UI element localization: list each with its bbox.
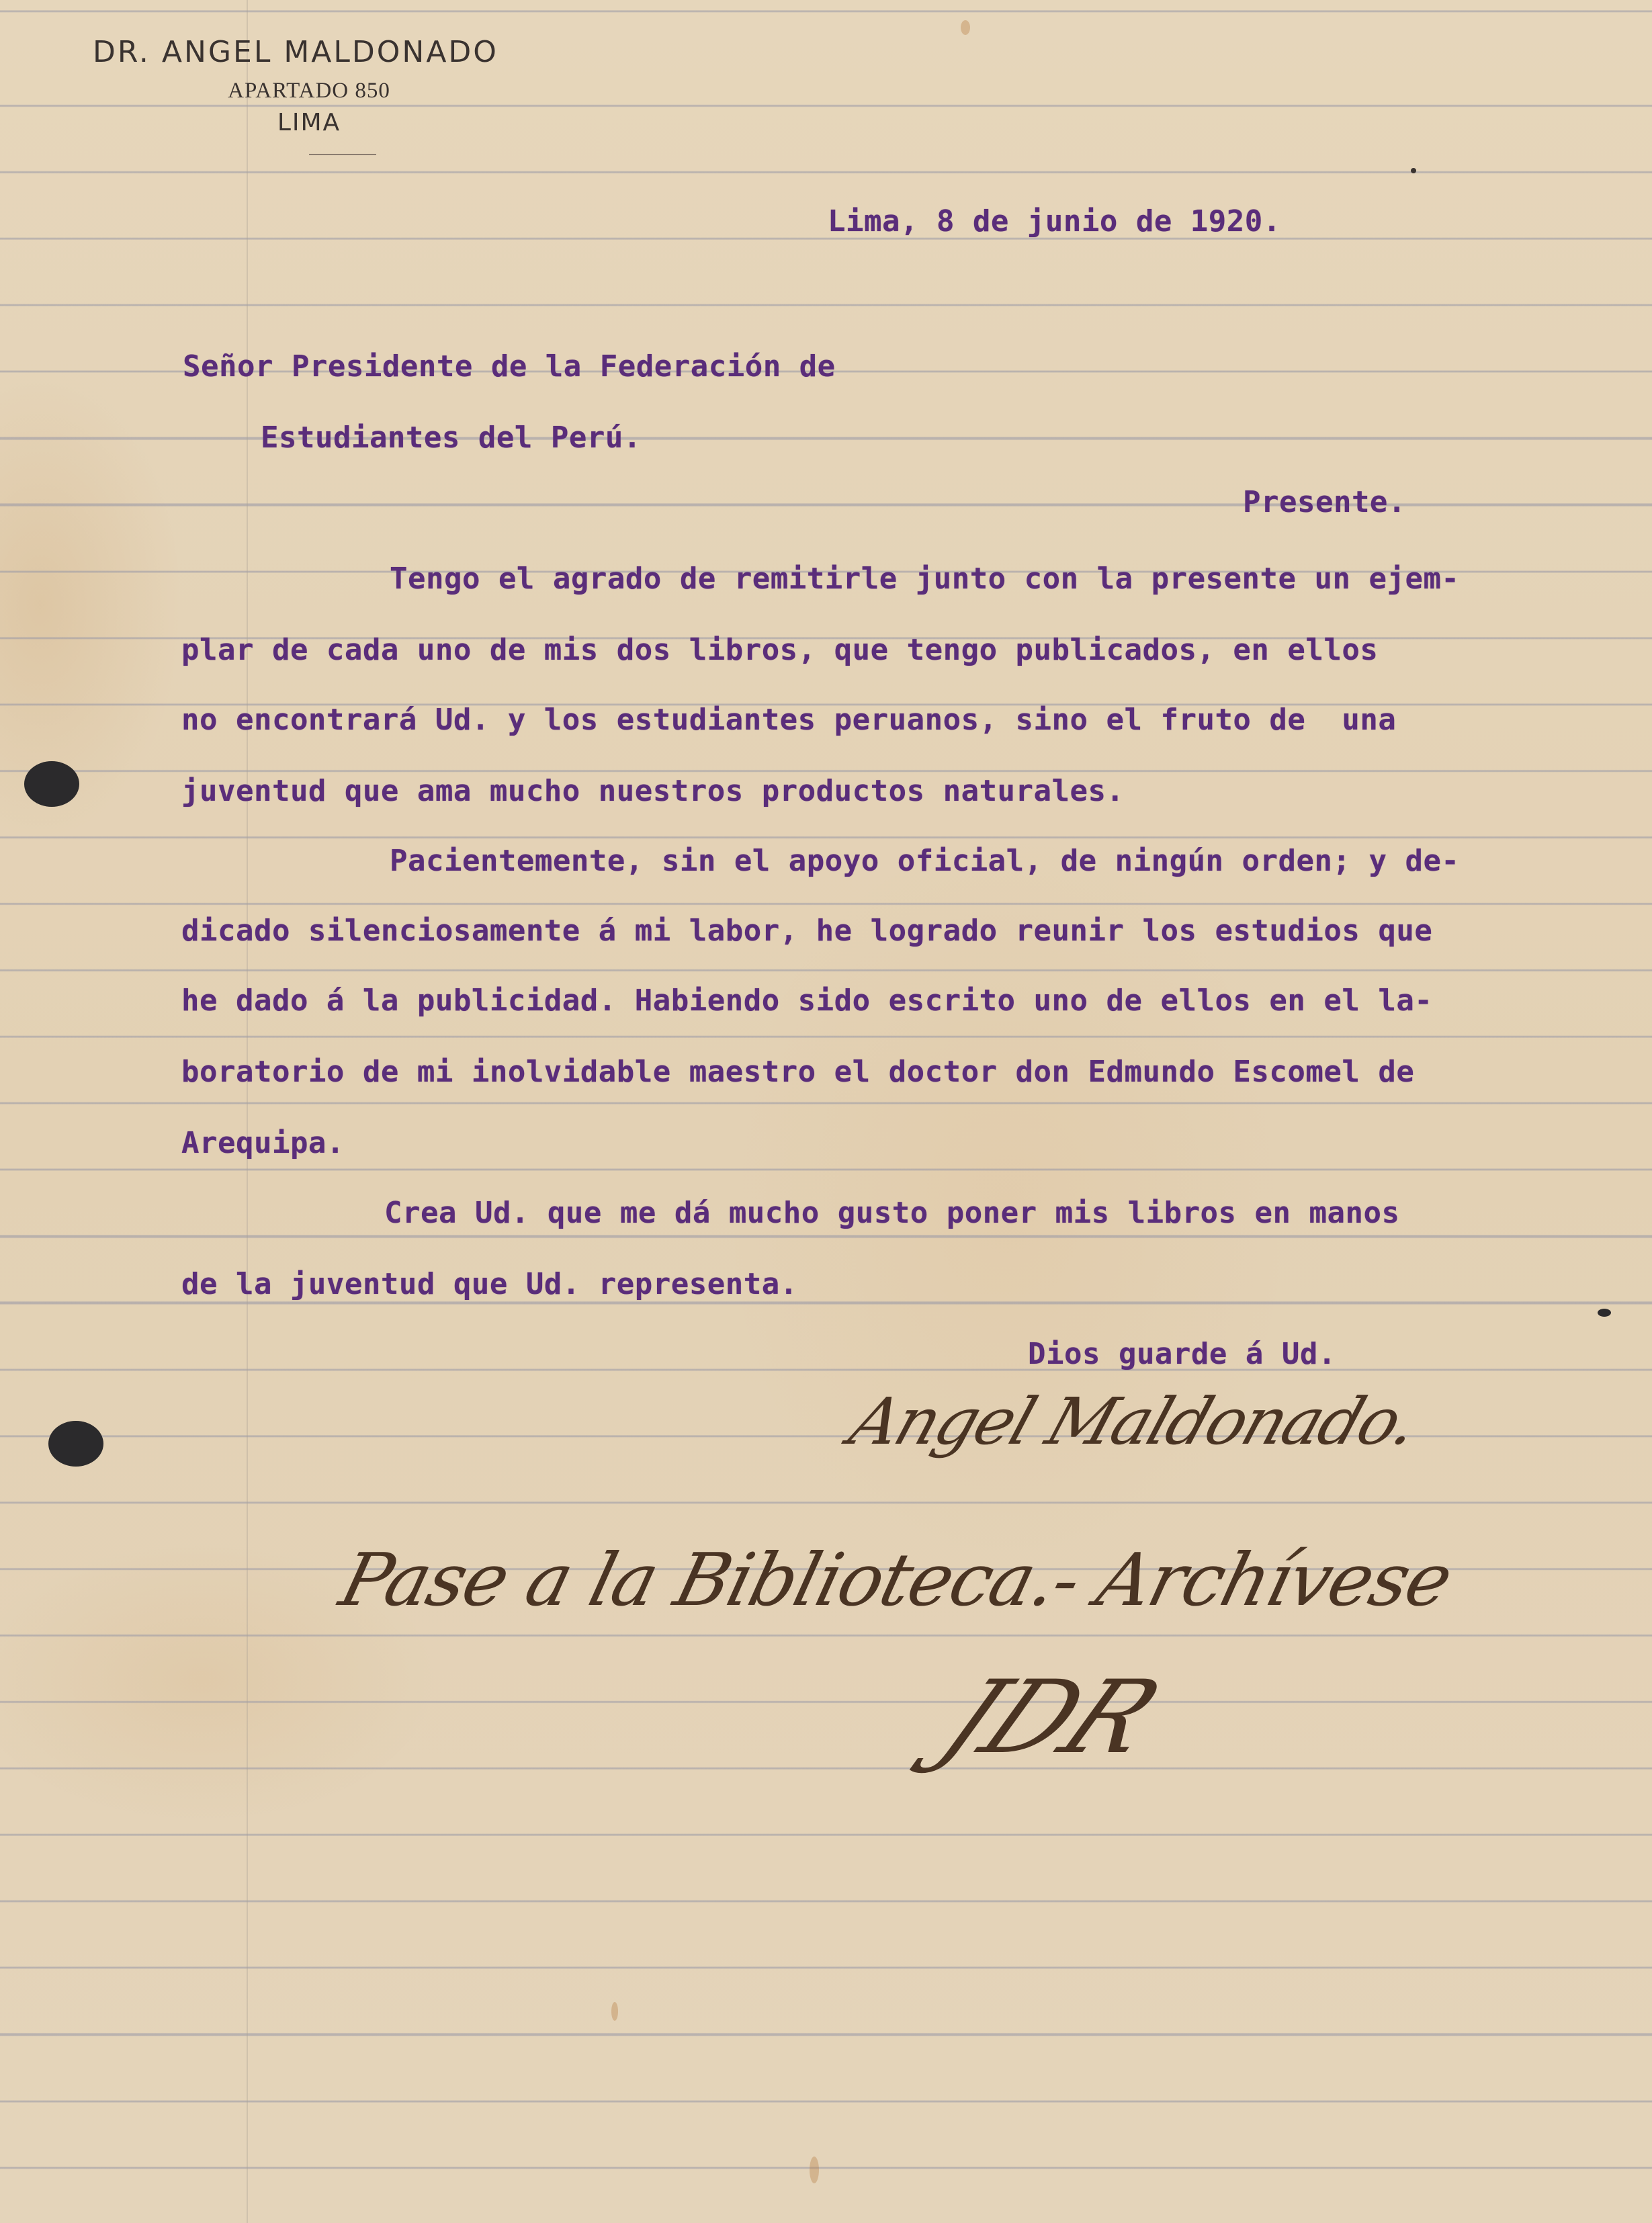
- letterhead-name: DR. ANGEL MALDONADO: [54, 35, 537, 69]
- foxing-spot: [611, 2002, 618, 2021]
- letterhead-divider: [309, 154, 376, 155]
- presente-line: Presente.: [1243, 485, 1406, 519]
- date-line: Lima, 8 de junio de 1920.: [828, 204, 1281, 238]
- letterhead: DR. ANGEL MALDONADO APARTADO 850 LIMA: [54, 35, 537, 155]
- body-line: juventud que ama mucho nuestros producto…: [181, 774, 1125, 808]
- body-line: no encontrará Ud. y los estudiantes peru…: [181, 703, 1396, 737]
- body-line: de la juventud que Ud. representa.: [181, 1267, 798, 1301]
- ink-dot: [1411, 168, 1416, 173]
- punch-hole-upper: [24, 761, 79, 807]
- addressee-line-2: Estudiantes del Perú.: [261, 421, 642, 455]
- body-line: Arequipa.: [181, 1126, 345, 1160]
- letterhead-city: LIMA: [54, 109, 537, 136]
- body-line: dicado silenciosamente á mi labor, he lo…: [181, 914, 1432, 948]
- body-line: he dado á la publicidad. Habiendo sido e…: [181, 984, 1432, 1018]
- body-line: Crea Ud. que me dá mucho gusto poner mis…: [384, 1196, 1399, 1230]
- body-line: plar de cada uno de mis dos libros, que …: [181, 633, 1378, 667]
- foxing-spot: [810, 2156, 819, 2183]
- handwritten-annotation: Pase a la Biblioteca.- Archívese: [332, 1538, 1459, 1622]
- foxing-spot: [961, 20, 970, 35]
- ink-dot: [1598, 1309, 1611, 1317]
- margin-line: [247, 0, 248, 2223]
- body-line: boratorio de mi inolvidable maestro el d…: [181, 1055, 1414, 1089]
- body-line: Pacientemente, sin el apoyo oficial, de …: [390, 844, 1459, 878]
- punch-hole-lower: [48, 1421, 103, 1467]
- author-signature: Angel Maldonado.: [841, 1384, 1427, 1459]
- closing-line: Dios guarde á Ud.: [1028, 1337, 1336, 1371]
- addressee-line-1: Señor Presidente de la Federación de: [183, 349, 836, 384]
- body-line: Tengo el agrado de remitirle junto con l…: [390, 562, 1459, 596]
- letterhead-address: APARTADO 850: [54, 79, 537, 103]
